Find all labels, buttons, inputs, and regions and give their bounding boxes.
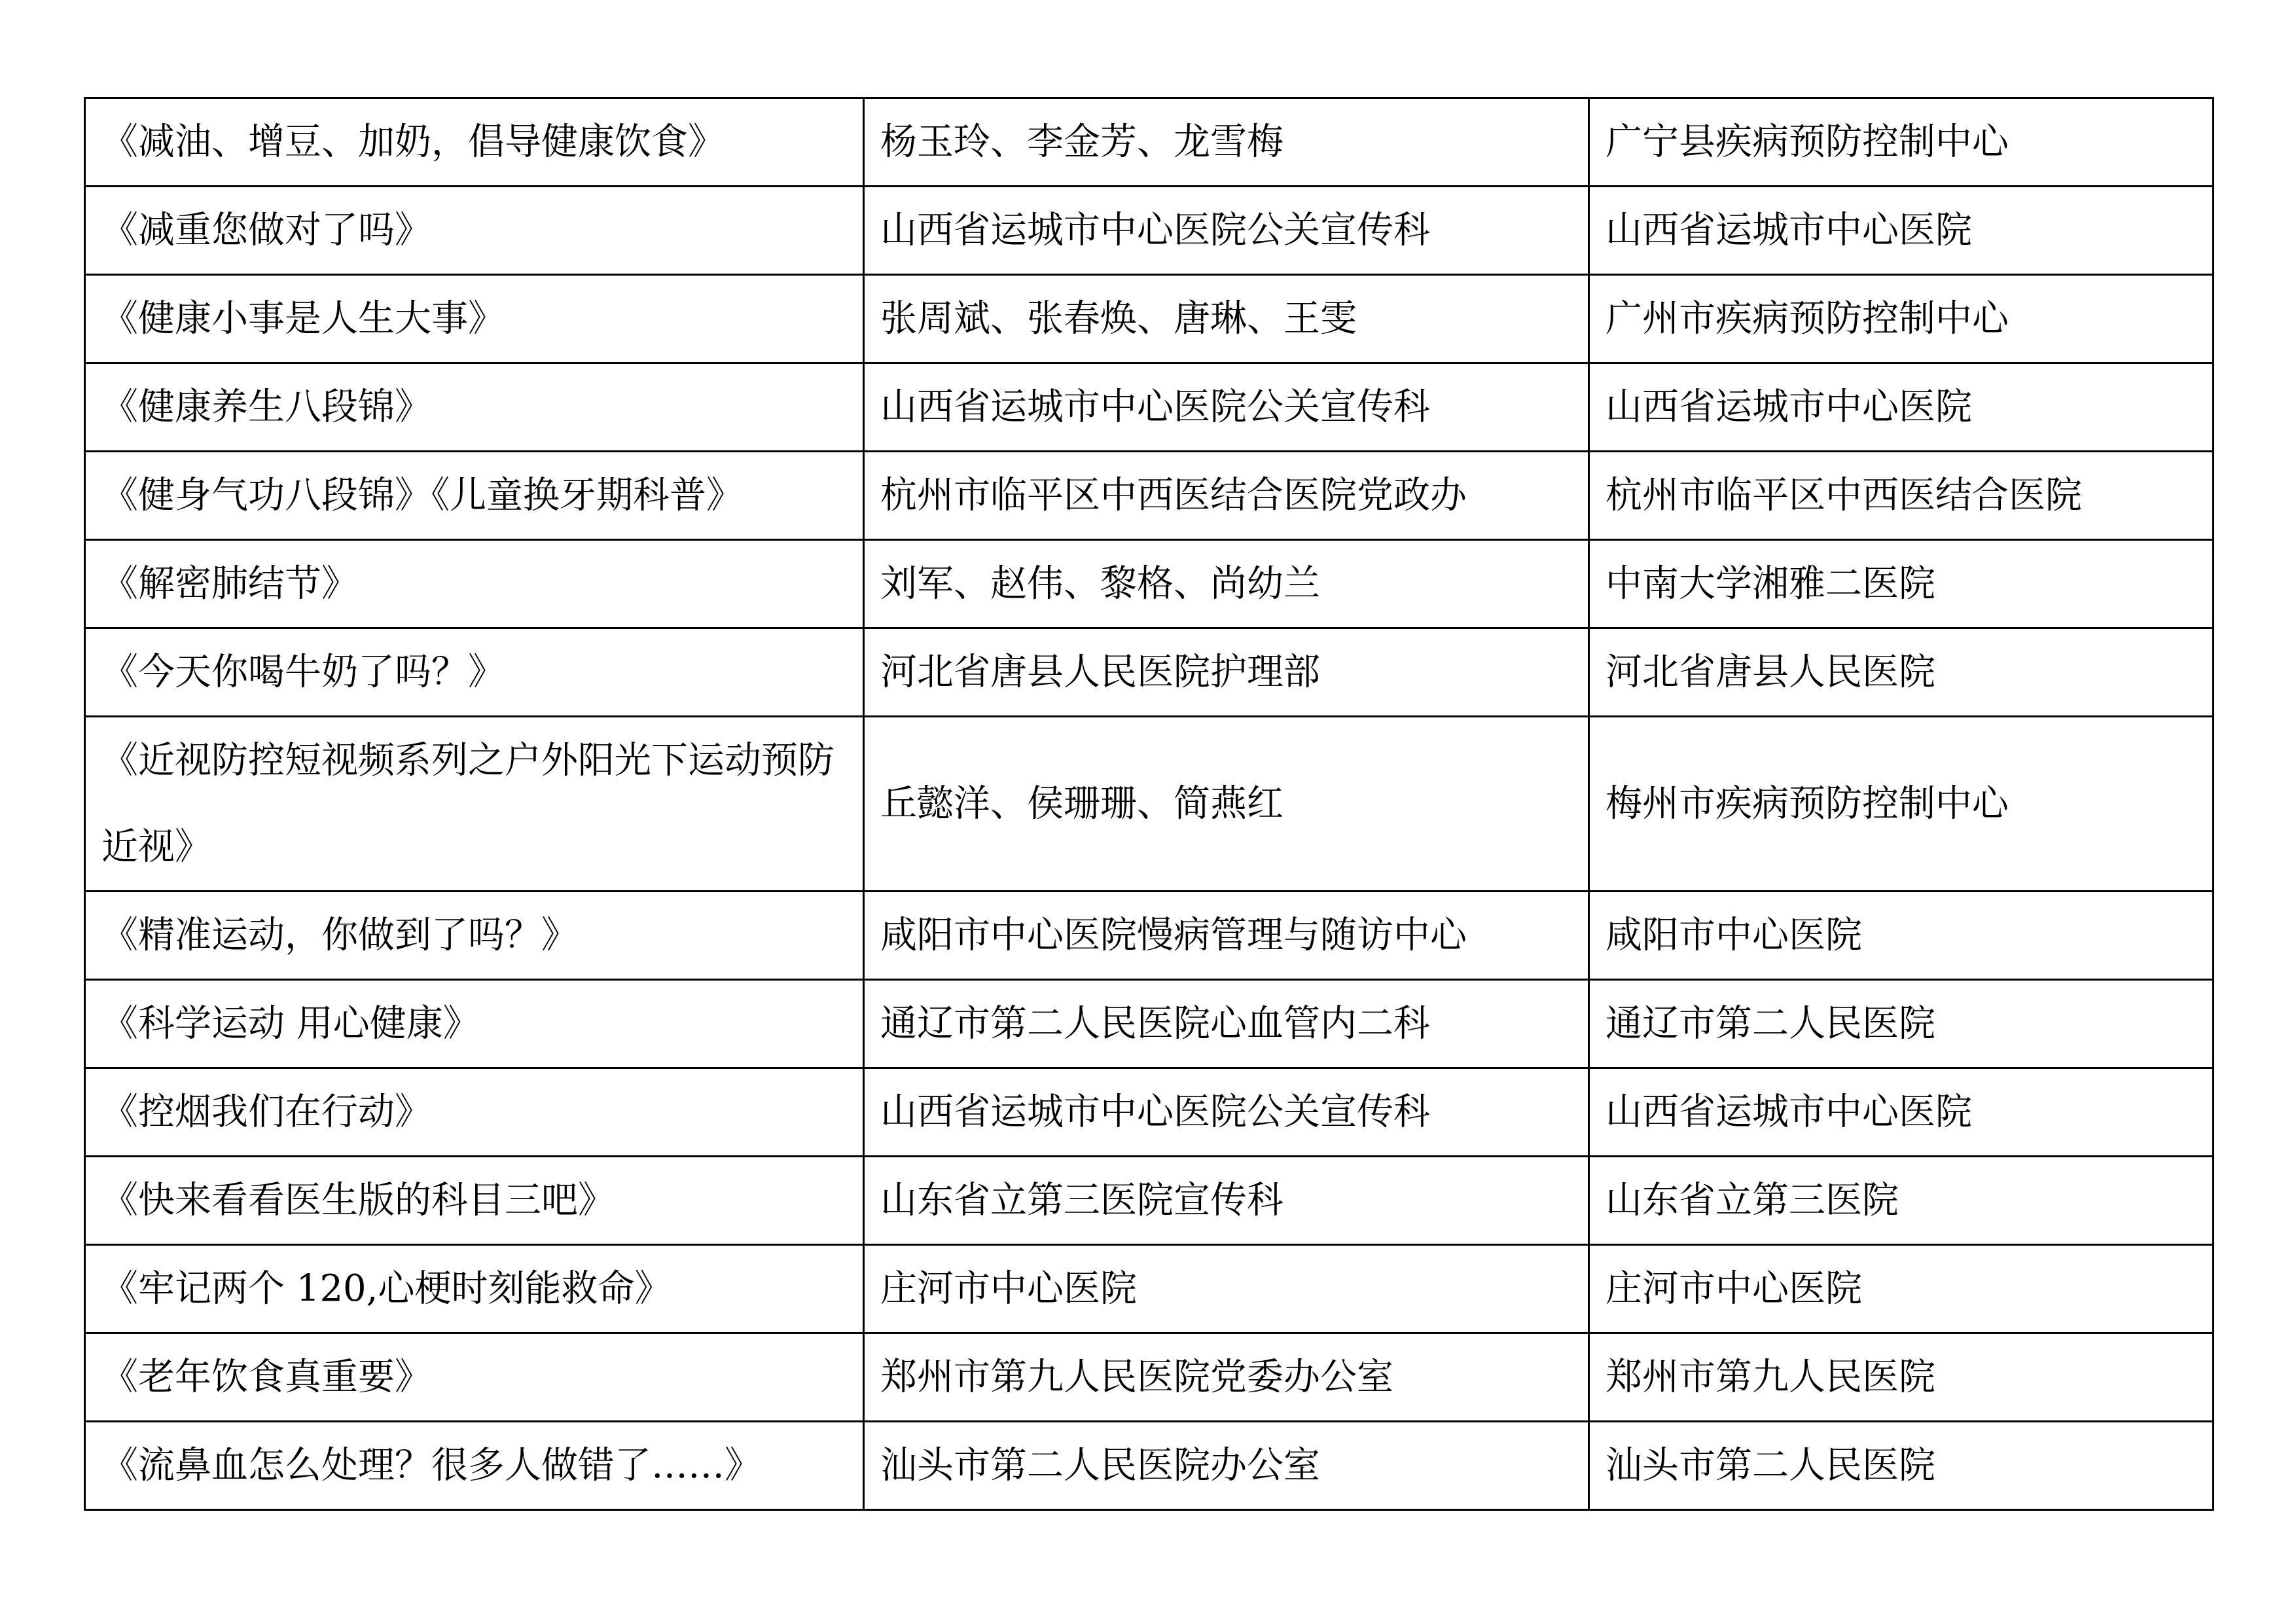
organization-cell: 咸阳市中心医院 — [1589, 892, 2214, 980]
author-cell: 张周斌、张春焕、唐琳、王雯 — [864, 275, 1589, 363]
author-cell: 山西省运城市中心医院公关宣传科 — [864, 187, 1589, 275]
author-cell: 杨玉玲、李金芳、龙雪梅 — [864, 98, 1589, 187]
work-title-cell: 《牢记两个 120,心梗时刻能救命》 — [85, 1245, 864, 1333]
organization-cell: 通辽市第二人民医院 — [1589, 980, 2214, 1068]
work-title-cell: 《流鼻血怎么处理？很多人做错了……》 — [85, 1422, 864, 1510]
work-title-cell: 《科学运动 用心健康》 — [85, 980, 864, 1068]
work-title-cell: 《解密肺结节》 — [85, 540, 864, 628]
organization-cell: 河北省唐县人民医院 — [1589, 628, 2214, 717]
organization-cell: 山西省运城市中心医院 — [1589, 363, 2214, 452]
table-row: 《精准运动，你做到了吗？》 咸阳市中心医院慢病管理与随访中心 咸阳市中心医院 — [85, 892, 2214, 980]
author-cell: 庄河市中心医院 — [864, 1245, 1589, 1333]
table-row: 《健康小事是人生大事》 张周斌、张春焕、唐琳、王雯 广州市疾病预防控制中心 — [85, 275, 2214, 363]
organization-cell: 山东省立第三医院 — [1589, 1157, 2214, 1245]
table-row: 《控烟我们在行动》 山西省运城市中心医院公关宣传科 山西省运城市中心医院 — [85, 1068, 2214, 1157]
work-title-cell: 《健身气功八段锦》《儿童换牙期科普》 — [85, 452, 864, 540]
organization-cell: 广宁县疾病预防控制中心 — [1589, 98, 2214, 187]
author-cell: 汕头市第二人民医院办公室 — [864, 1422, 1589, 1510]
author-cell: 河北省唐县人民医院护理部 — [864, 628, 1589, 717]
work-title-cell: 《控烟我们在行动》 — [85, 1068, 864, 1157]
work-title-cell: 《今天你喝牛奶了吗？》 — [85, 628, 864, 717]
organization-cell: 杭州市临平区中西医结合医院 — [1589, 452, 2214, 540]
organization-cell: 汕头市第二人民医院 — [1589, 1422, 2214, 1510]
table-row: 《健康养生八段锦》 山西省运城市中心医院公关宣传科 山西省运城市中心医院 — [85, 363, 2214, 452]
table-row: 《近视防控短视频系列之户外阳光下运动预防近视》 丘懿洋、侯珊珊、简燕红 梅州市疾… — [85, 717, 2214, 892]
table-row: 《健身气功八段锦》《儿童换牙期科普》 杭州市临平区中西医结合医院党政办 杭州市临… — [85, 452, 2214, 540]
work-title-cell: 《健康养生八段锦》 — [85, 363, 864, 452]
table-row: 《减油、增豆、加奶，倡导健康饮食》 杨玉玲、李金芳、龙雪梅 广宁县疾病预防控制中… — [85, 98, 2214, 187]
work-title-cell: 《近视防控短视频系列之户外阳光下运动预防近视》 — [85, 717, 864, 892]
author-cell: 山西省运城市中心医院公关宣传科 — [864, 363, 1589, 452]
author-cell: 丘懿洋、侯珊珊、简燕红 — [864, 717, 1589, 892]
organization-cell: 广州市疾病预防控制中心 — [1589, 275, 2214, 363]
table-row: 《老年饮食真重要》 郑州市第九人民医院党委办公室 郑州市第九人民医院 — [85, 1333, 2214, 1422]
work-title-cell: 《快来看看医生版的科目三吧》 — [85, 1157, 864, 1245]
work-title-cell: 《精准运动，你做到了吗？》 — [85, 892, 864, 980]
table-row: 《今天你喝牛奶了吗？》 河北省唐县人民医院护理部 河北省唐县人民医院 — [85, 628, 2214, 717]
author-cell: 郑州市第九人民医院党委办公室 — [864, 1333, 1589, 1422]
awards-table: 《减油、增豆、加奶，倡导健康饮食》 杨玉玲、李金芳、龙雪梅 广宁县疾病预防控制中… — [84, 97, 2214, 1511]
organization-cell: 郑州市第九人民医院 — [1589, 1333, 2214, 1422]
work-title-cell: 《减重您做对了吗》 — [85, 187, 864, 275]
table-row: 《流鼻血怎么处理？很多人做错了……》 汕头市第二人民医院办公室 汕头市第二人民医… — [85, 1422, 2214, 1510]
table-row: 《解密肺结节》 刘军、赵伟、黎格、尚幼兰 中南大学湘雅二医院 — [85, 540, 2214, 628]
organization-cell: 中南大学湘雅二医院 — [1589, 540, 2214, 628]
author-cell: 山东省立第三医院宣传科 — [864, 1157, 1589, 1245]
table-row: 《减重您做对了吗》 山西省运城市中心医院公关宣传科 山西省运城市中心医院 — [85, 187, 2214, 275]
author-cell: 通辽市第二人民医院心血管内二科 — [864, 980, 1589, 1068]
organization-cell: 梅州市疾病预防控制中心 — [1589, 717, 2214, 892]
work-title-cell: 《老年饮食真重要》 — [85, 1333, 864, 1422]
work-title-cell: 《健康小事是人生大事》 — [85, 275, 864, 363]
awards-table-body: 《减油、增豆、加奶，倡导健康饮食》 杨玉玲、李金芳、龙雪梅 广宁县疾病预防控制中… — [85, 98, 2214, 1510]
author-cell: 山西省运城市中心医院公关宣传科 — [864, 1068, 1589, 1157]
work-title-cell: 《减油、增豆、加奶，倡导健康饮食》 — [85, 98, 864, 187]
table-row: 《牢记两个 120,心梗时刻能救命》 庄河市中心医院 庄河市中心医院 — [85, 1245, 2214, 1333]
author-cell: 咸阳市中心医院慢病管理与随访中心 — [864, 892, 1589, 980]
organization-cell: 山西省运城市中心医院 — [1589, 187, 2214, 275]
author-cell: 刘军、赵伟、黎格、尚幼兰 — [864, 540, 1589, 628]
organization-cell: 山西省运城市中心医院 — [1589, 1068, 2214, 1157]
document-sheet: 《减油、增豆、加奶，倡导健康饮食》 杨玉玲、李金芳、龙雪梅 广宁县疾病预防控制中… — [0, 0, 2296, 1624]
table-row: 《快来看看医生版的科目三吧》 山东省立第三医院宣传科 山东省立第三医院 — [85, 1157, 2214, 1245]
table-row: 《科学运动 用心健康》 通辽市第二人民医院心血管内二科 通辽市第二人民医院 — [85, 980, 2214, 1068]
author-cell: 杭州市临平区中西医结合医院党政办 — [864, 452, 1589, 540]
organization-cell: 庄河市中心医院 — [1589, 1245, 2214, 1333]
